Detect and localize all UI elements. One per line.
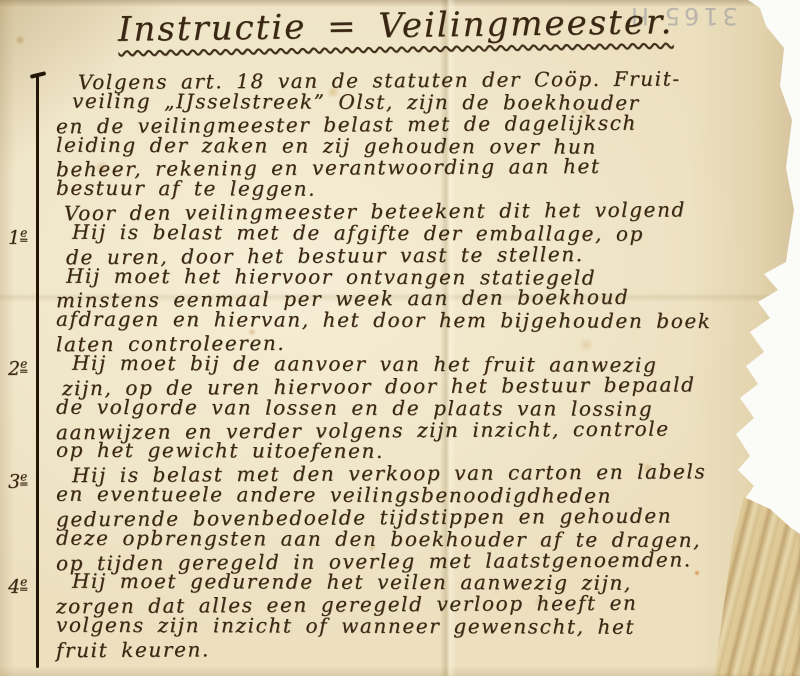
item-marker: 4e xyxy=(8,572,27,599)
manuscript-line-text: bestuur af te leggen. xyxy=(56,176,316,201)
manuscript-line-text: fruit keuren. xyxy=(56,637,210,662)
item-marker: 2e xyxy=(8,354,27,381)
margin-rule xyxy=(36,76,39,668)
manuscript-line-text: afdragen en hiervan, het door hem bijgeh… xyxy=(56,307,712,333)
manuscript-line-text: op het gewicht uitoefenen. xyxy=(56,438,384,463)
manuscript-line: fruit keuren. xyxy=(56,636,796,662)
aged-paper-sheet: 3165 H Instructie = Veilingmeester. Volg… xyxy=(0,0,800,676)
document-title: Instructie = Veilingmeester. xyxy=(118,2,674,50)
manuscript-lines: Volgens art. 18 van de statuten der Coöp… xyxy=(56,70,796,660)
item-marker: 1e xyxy=(8,222,27,249)
item-marker: 3e xyxy=(8,467,27,494)
manuscript-line-text: volgens zijn inzicht of wanneer gewensch… xyxy=(56,613,635,639)
